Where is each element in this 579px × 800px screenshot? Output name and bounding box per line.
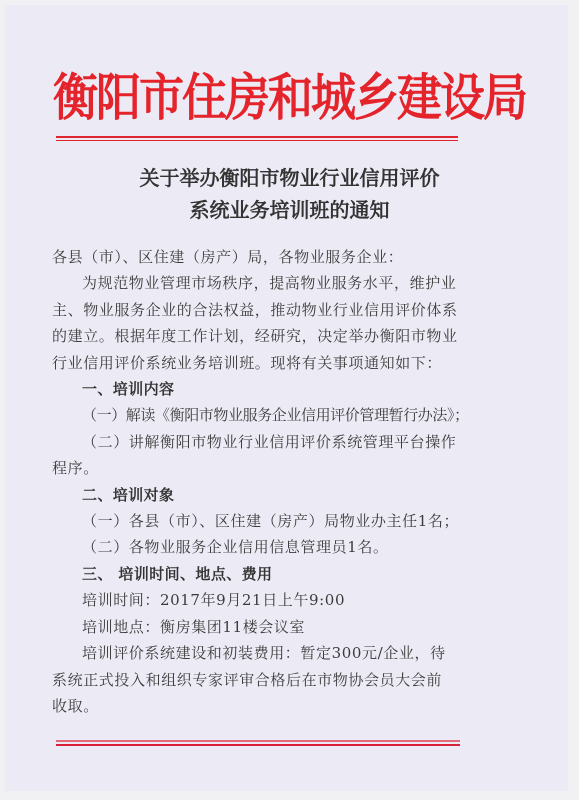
section-line: （一）各县（市）、区住建（房产）局物业办主任1名； (82, 508, 502, 534)
section-heading: 二、培训对象 (82, 482, 502, 508)
footer-red-rule (56, 740, 460, 746)
letterhead-org-name: 衡阳市住房和城乡建设局 (0, 64, 579, 131)
section-line: 培训地点：衡房集团11楼会议室 (82, 614, 502, 640)
salutation: 各县（市）、区住建（房产）局，各物业服务企业： (52, 244, 502, 270)
title-line: 关于举办衡阳市物业行业信用评价 (0, 162, 579, 194)
section-line: 系统正式投入和组织专家评审合格后在市物协会员大会前 (52, 667, 502, 693)
section-heading: 一、培训内容 (82, 376, 502, 402)
intro-line: 为规范物业管理市场秩序，提高物业服务水平，维护业 (82, 270, 502, 296)
section-heading: 三、 培训时间、地点、费用 (82, 561, 502, 587)
section-line: （二）各物业服务企业信用信息管理员1名。 (82, 534, 502, 560)
letterhead-red-rule-top (56, 136, 458, 141)
section-line: （二）讲解衡阳市物业行业信用评价系统管理平台操作 (82, 429, 502, 455)
intro-line: 的建立。根据年度工作计划，经研究，决定举办衡阳市物业 (52, 323, 502, 349)
intro-line: 行业信用评价系统业务培训班。现将有关事项通知如下： (52, 350, 502, 376)
document-body: 各县（市）、区住建（房产）局，各物业服务企业： 为规范物业管理市场秩序，提高物业… (82, 244, 502, 719)
section-line: 培训时间：2017年9月21日上午9:00 (82, 587, 502, 613)
section-line: （一）解读《衡阳市物业服务企业信用评价管理暂行办法》； (82, 402, 502, 428)
section-line: 收取。 (52, 693, 502, 719)
document-title: 关于举办衡阳市物业行业信用评价 系统业务培训班的通知 (0, 162, 579, 226)
section-line: 程序。 (52, 455, 502, 481)
title-line: 系统业务培训班的通知 (0, 194, 579, 226)
intro-line: 主、物业服务企业的合法权益，推动物业行业信用评价体系 (52, 297, 502, 323)
section-line: 培训评价系统建设和初装费用：暂定300元/企业，待 (82, 640, 502, 666)
